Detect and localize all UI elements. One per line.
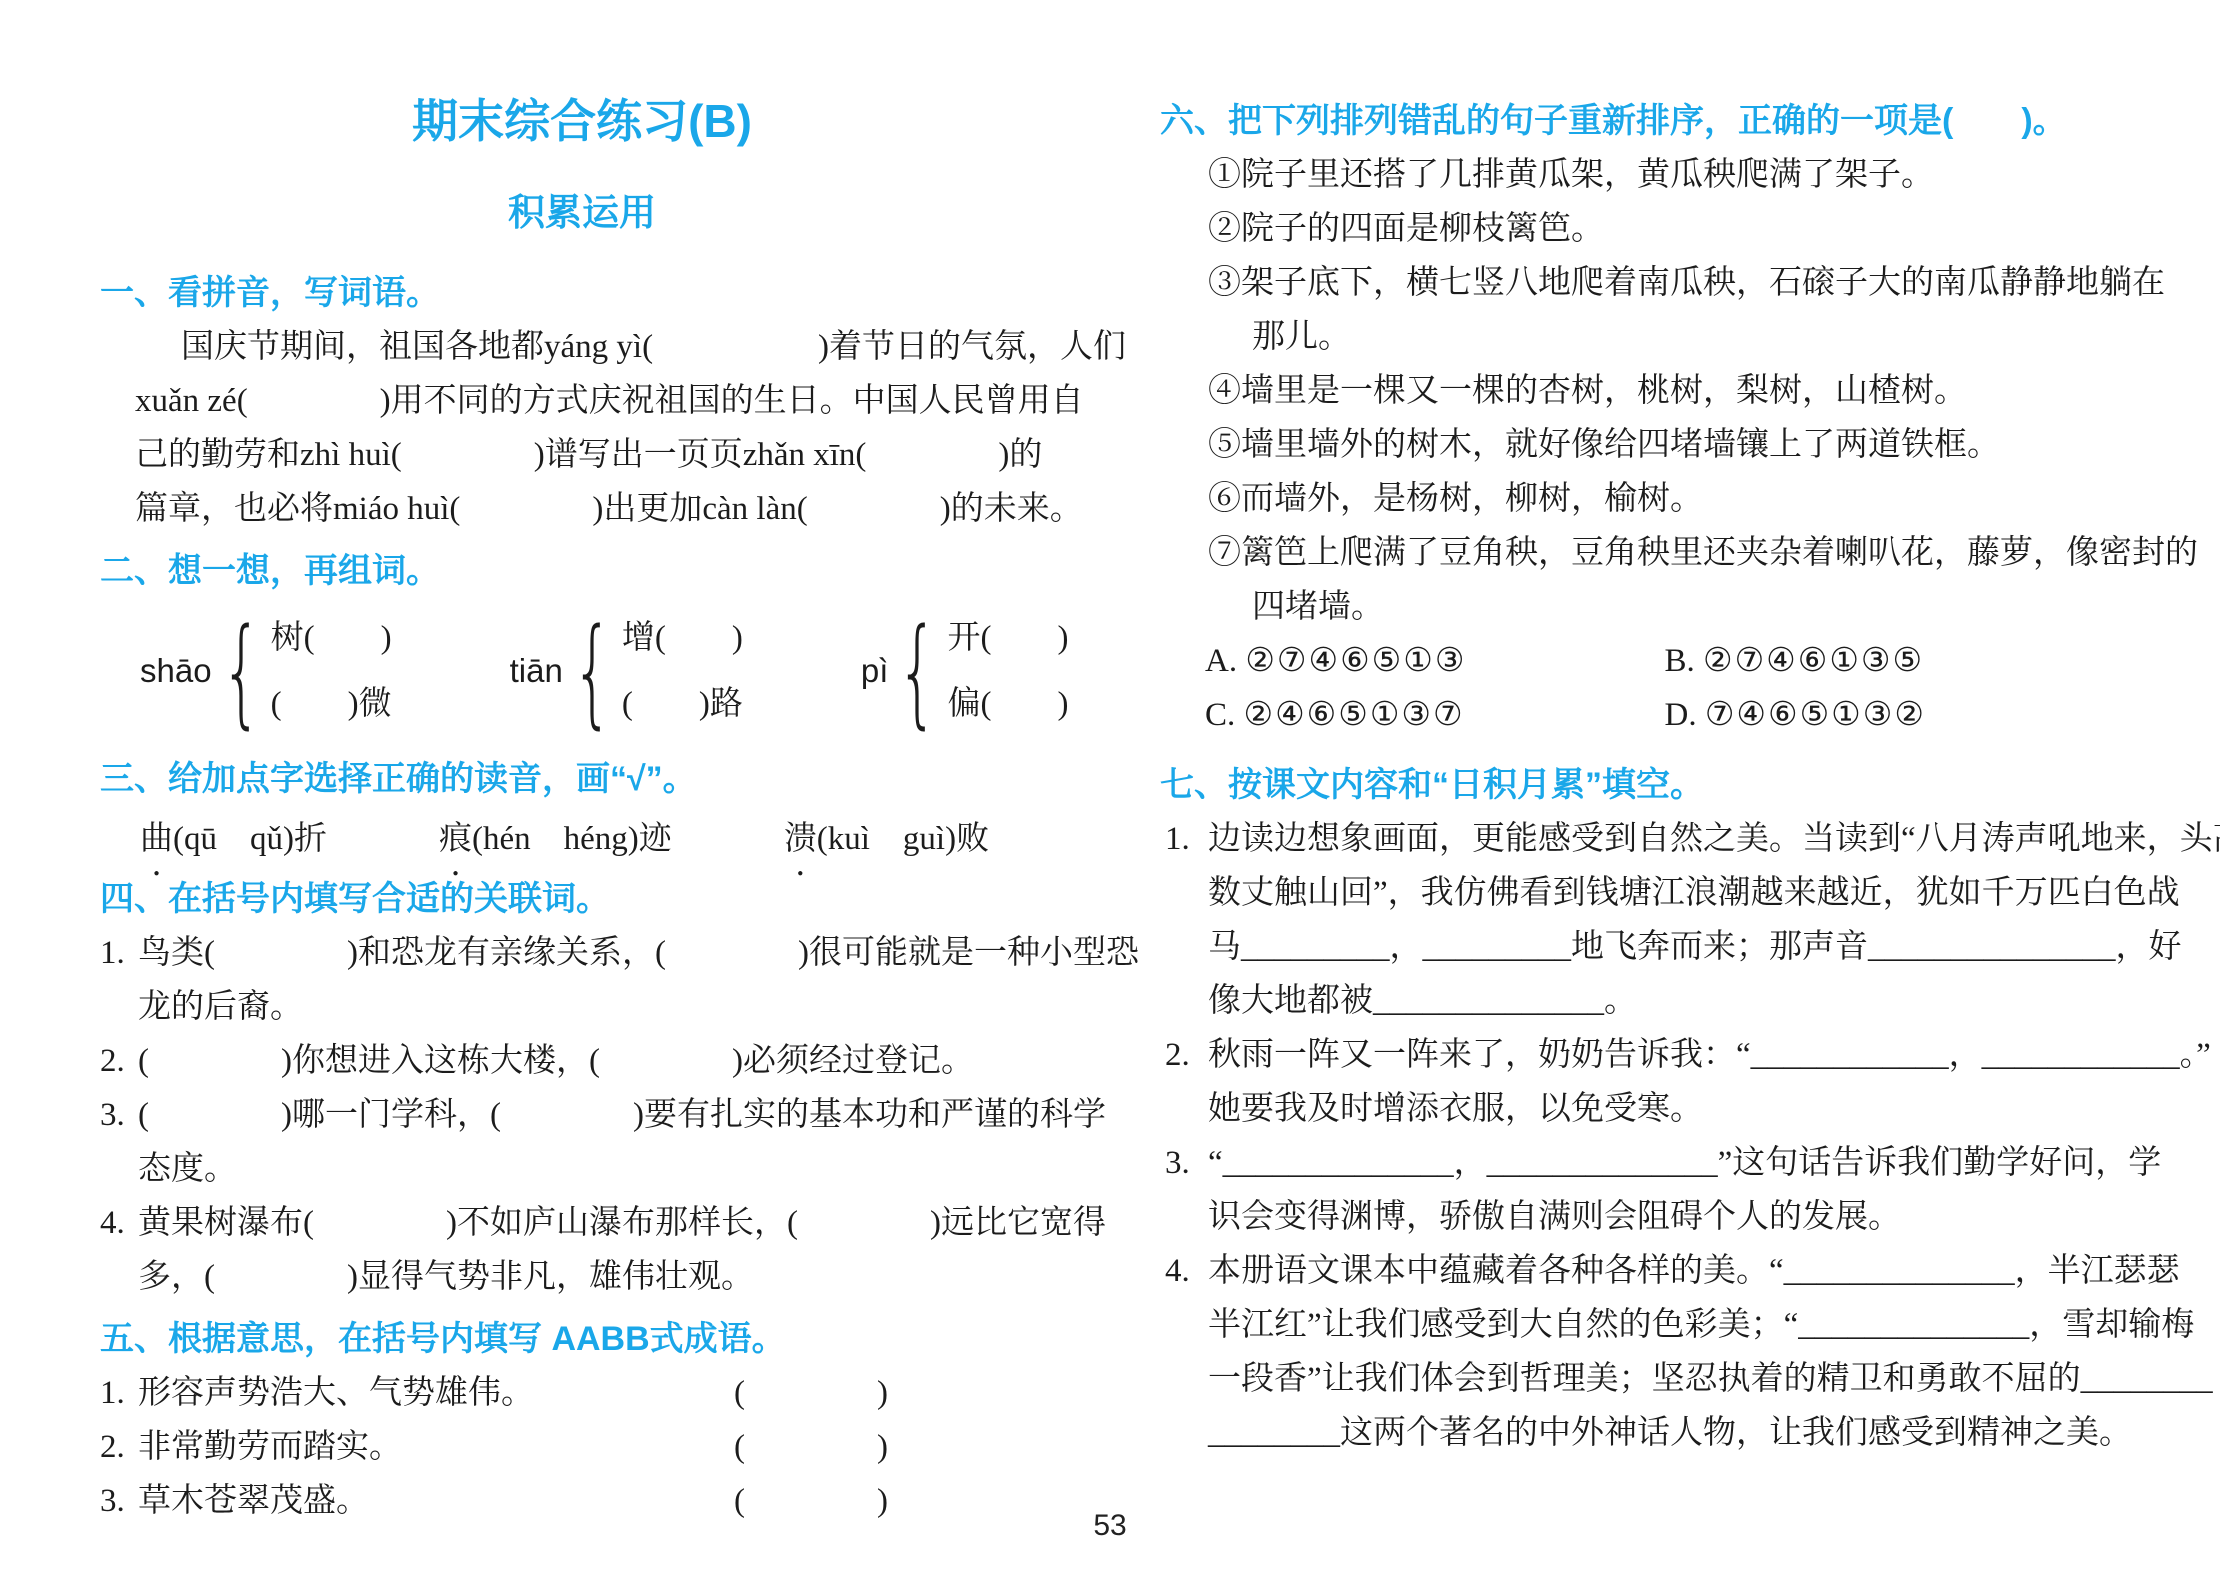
sentence-line: ④墙里是一棵又一棵的杏树，桃树，梨树，山楂树。: [1160, 364, 2124, 418]
sentence: ②院子的四面是柳枝篱笆。: [1160, 202, 2124, 256]
sentence: ⑤墙里墙外的树木，就好像给四堵墙镶上了两道铁框。: [1160, 418, 2124, 472]
worksheet-page: 期末综合练习(B) 积累运用 一、看拼音，写词语。 国庆节期间，祖国各地都yán…: [0, 0, 2220, 1571]
item-line: 态度。: [138, 1142, 1106, 1196]
dotted-character: 痕: [439, 812, 472, 859]
item-number: 2.: [100, 1420, 138, 1474]
sentence: ④墙里是一棵又一棵的杏树，桃树，梨树，山楂树。: [1160, 364, 2124, 418]
option-label: C.: [1205, 697, 1235, 733]
dotted-character: 曲: [140, 812, 173, 859]
section-7-heading: 七、按课文内容和“日积月累”填空。: [1160, 758, 2124, 812]
word-groups: shāo 树( ) ( )微 tiān 增( ) ( )路: [100, 598, 1064, 744]
sentence-line: ②院子的四面是柳枝篱笆。: [1160, 202, 2124, 256]
option-value: ②④⑥⑤①③⑦: [1244, 697, 1465, 733]
option-label: D.: [1665, 697, 1697, 733]
item-line: 黄果树瀑布( )不如庐山瀑布那样长，( )远比它宽得: [138, 1196, 1106, 1250]
sentence-line: ⑦篱笆上爬满了豆角秧，豆角秧里还夹杂着喇叭花，藤萝，像密封的: [1160, 526, 2124, 580]
sentence: ①院子里还搭了几排黄瓜架，黄瓜秧爬满了架子。: [1160, 148, 2124, 202]
item-line: 多，( )显得气势非凡，雄伟壮观。: [138, 1250, 1106, 1304]
sentence: ⑦篱笆上爬满了豆角秧，豆角秧里还夹杂着喇叭花，藤萝，像密封的 四堵墙。: [1160, 526, 2124, 634]
page-title: 期末综合练习(B): [100, 90, 1064, 152]
fill-item: 3. “______________，______________”这句话告诉我…: [1160, 1136, 2124, 1244]
item-number: 3.: [100, 1088, 138, 1142]
pinyin-label: tiān: [510, 652, 563, 690]
pronunciation-row: 曲(qū qǔ)折 痕(hén héng)迹 溃(kuì guì)败: [100, 806, 1064, 864]
question-item: 4. 黄果树瀑布( )不如庐山瀑布那样长，( )远比它宽得 多，( )显得气势非…: [100, 1196, 1064, 1304]
sentence-line: 四堵墙。: [1160, 580, 2124, 634]
section-1-paragraph: 国庆节期间，祖国各地都yáng yì( )着节日的气氛，人们 xuǎn zé( …: [100, 320, 1064, 536]
word-slot: ( )路: [622, 678, 743, 730]
option-d: D. ⑦④⑥⑤①③②: [1665, 688, 2125, 742]
word-slot: 偏( ): [948, 678, 1069, 730]
answer-blank: ( ): [734, 1366, 888, 1420]
pronunciation-item: 溃(kuì guì)败: [784, 812, 989, 859]
sentence: ⑥而墙外，是杨树，柳树，榆树。: [1160, 472, 2124, 526]
fill-item-line: 她要我及时增添衣服，以免受寒。: [1208, 1082, 2211, 1136]
section-3-heading: 三、给加点字选择正确的读音，画“√”。: [100, 752, 1064, 806]
fill-item-line: 识会变得渊博，骄傲自满则会阻碍个人的发展。: [1208, 1190, 2161, 1244]
idiom-item: 2. 非常勤劳而踏实。 ( ): [100, 1420, 888, 1474]
fill-item-line: 像大地都被______________。: [1208, 974, 2220, 1028]
item-line: ( )哪一门学科，( )要有扎实的基本功和严谨的科学: [138, 1088, 1106, 1142]
item-number: 1.: [100, 1366, 138, 1420]
paragraph-line: 己的勤劳和zhì huì( )谱写出一页页zhǎn xīn( )的: [135, 428, 1064, 482]
word-slot: 开( ): [948, 612, 1069, 664]
right-column: 六、把下列排列错乱的句子重新排序，正确的一项是( )。 ①院子里还搭了几排黄瓜架…: [1160, 60, 2124, 1528]
fill-item-line: 秋雨一阵又一阵来了，奶奶告诉我：“____________，__________…: [1208, 1028, 2211, 1082]
definition-text: 非常勤劳而踏实。: [138, 1420, 734, 1474]
page-number: 53: [0, 1509, 2220, 1543]
dotted-character: 溃: [784, 812, 817, 859]
option-label: B.: [1665, 643, 1695, 679]
item-number: 2.: [100, 1034, 138, 1088]
fill-item-line: “______________，______________”这句话告诉我们勤学…: [1208, 1136, 2161, 1190]
fill-item-line: 边读边想象画面，更能感受到自然之美。当读到“八月涛声吼地来，头高: [1208, 812, 2220, 866]
definition-text: 形容声势浩大、气势雄伟。: [138, 1366, 734, 1420]
fill-item-line: 本册语文课本中蕴藏着各种各样的美。“______________，半江瑟瑟: [1208, 1244, 2213, 1298]
option-a: A. ②⑦④⑥⑤①③: [1205, 634, 1665, 688]
paragraph-line: 篇章，也必将miáo huì( )出更加càn làn( )的未来。: [135, 482, 1064, 536]
word-group: tiān 增( ) ( )路: [510, 612, 743, 730]
brace-icon: [220, 612, 261, 730]
word-group: shāo 树( ) ( )微: [140, 612, 392, 730]
left-column: 期末综合练习(B) 积累运用 一、看拼音，写词语。 国庆节期间，祖国各地都yán…: [100, 60, 1064, 1528]
pronunciation-item: 痕(hén héng)迹: [439, 812, 672, 859]
pronunciation-options: (hén héng)迹: [472, 821, 672, 857]
idiom-item: 1. 形容声势浩大、气势雄伟。 ( ): [100, 1366, 888, 1420]
option-value: ②⑦④⑥⑤①③: [1245, 643, 1466, 679]
brace-icon: [897, 612, 938, 730]
sentence-line: ①院子里还搭了几排黄瓜架，黄瓜秧爬满了架子。: [1160, 148, 2124, 202]
pronunciation-options: (qū qǔ)折: [173, 821, 327, 857]
fill-item-line: 马_________，_________地飞奔而来；那声音___________…: [1208, 920, 2220, 974]
option-value: ②⑦④⑥①③⑤: [1703, 643, 1924, 679]
sentence-line: ③架子底下，横七竖八地爬着南瓜秧，石磙子大的南瓜静静地躺在: [1160, 256, 2124, 310]
word-slot: ( )微: [271, 678, 392, 730]
word-slot: 树( ): [271, 612, 392, 664]
sentence: ③架子底下，横七竖八地爬着南瓜秧，石磙子大的南瓜静静地躺在 那儿。: [1160, 256, 2124, 364]
word-group: pì 开( ) 偏( ): [861, 612, 1069, 730]
word-slot: 增( ): [622, 612, 743, 664]
item-line: 龙的后裔。: [138, 980, 1139, 1034]
item-number: 2.: [1165, 1028, 1208, 1082]
options-grid: A. ②⑦④⑥⑤①③ B. ②⑦④⑥①③⑤ C. ②④⑥⑤①③⑦ D. ⑦④⑥⑤…: [1160, 634, 2124, 742]
pronunciation-item: 曲(qū qǔ)折: [140, 812, 327, 859]
item-number: 4.: [1165, 1244, 1208, 1298]
item-number: 3.: [1165, 1136, 1208, 1190]
option-c: C. ②④⑥⑤①③⑦: [1205, 688, 1665, 742]
pinyin-label: shāo: [140, 652, 212, 690]
section-5-heading: 五、根据意思，在括号内填写 AABB式成语。: [100, 1312, 1064, 1366]
fill-item-line: 半江红”让我们感受到大自然的色彩美；“______________，雪却输梅: [1208, 1298, 2213, 1352]
paragraph-line: xuǎn zé( )用不同的方式庆祝祖国的生日。中国人民曾用自: [135, 374, 1064, 428]
section-4-heading: 四、在括号内填写合适的关联词。: [100, 872, 1064, 926]
page-subtitle: 积累运用: [100, 188, 1064, 238]
fill-item: 4. 本册语文课本中蕴藏着各种各样的美。“______________，半江瑟瑟…: [1160, 1244, 2124, 1460]
item-number: 1.: [1165, 812, 1208, 866]
option-value: ⑦④⑥⑤①③②: [1705, 697, 1926, 733]
brace-icon: [572, 612, 613, 730]
sentence-line: 那儿。: [1160, 310, 2124, 364]
item-line: ( )你想进入这栋大楼，( )必须经过登记。: [138, 1034, 1064, 1088]
item-line: 鸟类( )和恐龙有亲缘关系，( )很可能就是一种小型恐: [138, 926, 1139, 980]
section-6-heading: 六、把下列排列错乱的句子重新排序，正确的一项是( )。: [1160, 94, 2124, 148]
answer-blank: ( ): [734, 1420, 888, 1474]
option-b: B. ②⑦④⑥①③⑤: [1665, 634, 2125, 688]
fill-item: 2. 秋雨一阵又一阵来了，奶奶告诉我：“____________，_______…: [1160, 1028, 2124, 1136]
fill-item-line: 一段香”让我们体会到哲理美；坚忍执着的精卫和勇敢不屈的________: [1208, 1352, 2213, 1406]
section-2-heading: 二、想一想，再组词。: [100, 544, 1064, 598]
sentence-line: ⑤墙里墙外的树木，就好像给四堵墙镶上了两道铁框。: [1160, 418, 2124, 472]
option-label: A.: [1205, 643, 1237, 679]
question-item: 2. ( )你想进入这栋大楼，( )必须经过登记。: [100, 1034, 1064, 1088]
section-1-heading: 一、看拼音，写词语。: [100, 266, 1064, 320]
item-number: 1.: [100, 926, 138, 980]
pronunciation-options: (kuì guì)败: [817, 821, 989, 857]
fill-item-line: ________这两个著名的中外神话人物，让我们感受到精神之美。: [1208, 1406, 2213, 1460]
question-item: 1. 鸟类( )和恐龙有亲缘关系，( )很可能就是一种小型恐 龙的后裔。: [100, 926, 1064, 1034]
sentence-line: ⑥而墙外，是杨树，柳树，榆树。: [1160, 472, 2124, 526]
fill-item: 1. 边读边想象画面，更能感受到自然之美。当读到“八月涛声吼地来，头高 数丈触山…: [1160, 812, 2124, 1028]
question-item: 3. ( )哪一门学科，( )要有扎实的基本功和严谨的科学 态度。: [100, 1088, 1064, 1196]
item-number: 4.: [100, 1196, 138, 1250]
fill-item-line: 数丈触山回”，我仿佛看到钱塘江浪潮越来越近，犹如千万匹白色战: [1208, 866, 2220, 920]
paragraph-line: 国庆节期间，祖国各地都yáng yì( )着节日的气氛，人们: [135, 320, 1064, 374]
pinyin-label: pì: [861, 652, 889, 690]
